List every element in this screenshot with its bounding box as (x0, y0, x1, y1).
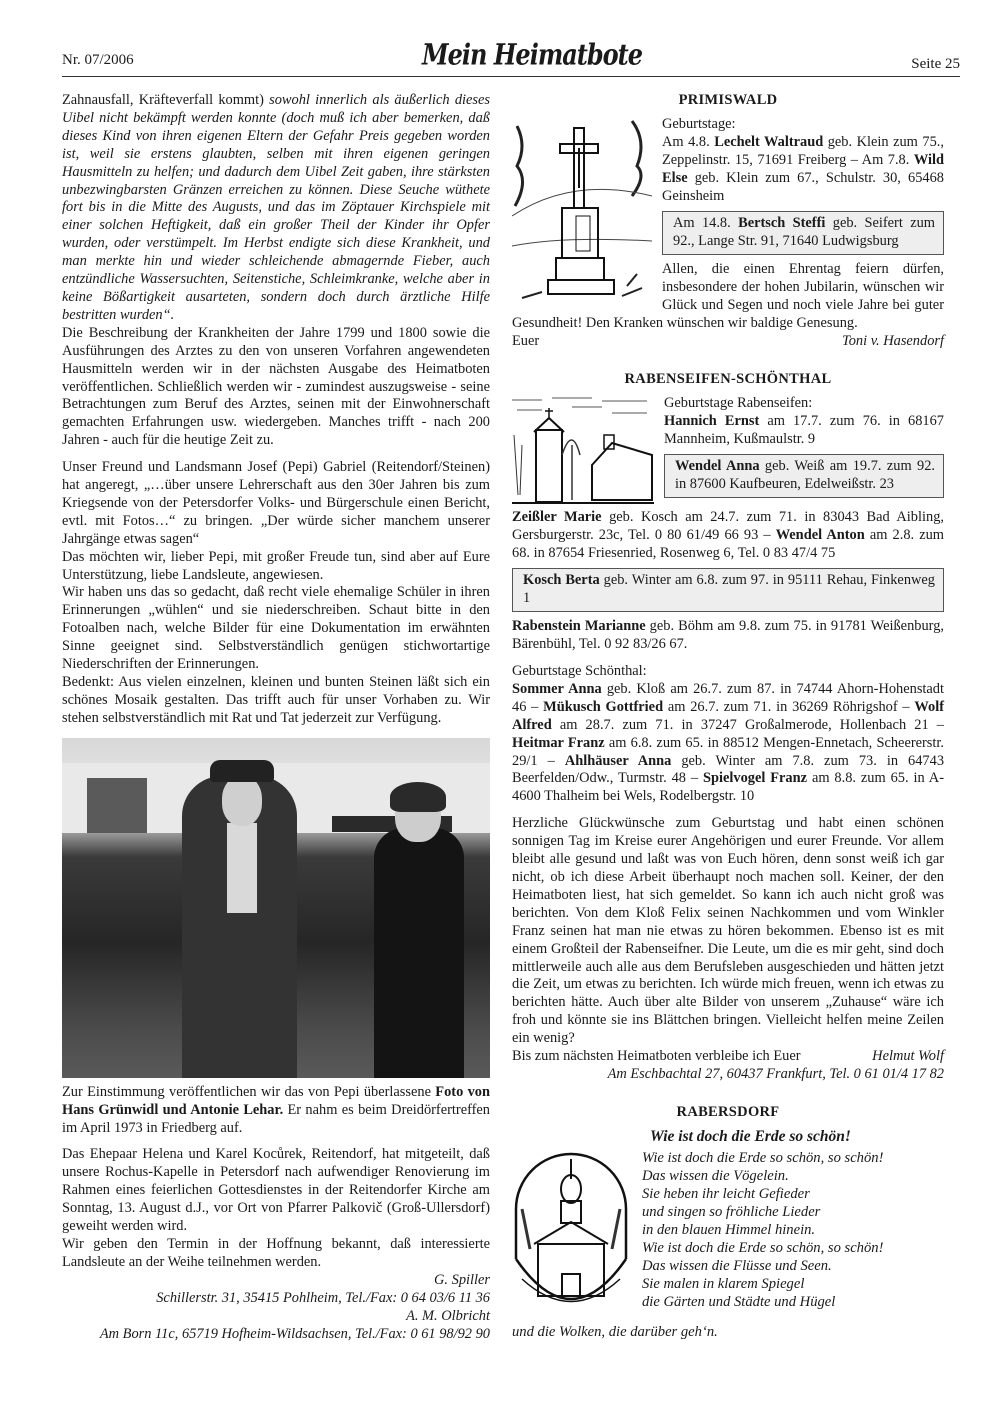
article-paragraph: Zahnausfall, Kräfteverfall kommt) sowohl… (62, 92, 490, 325)
masthead-logo: Mein Heimatbote (422, 37, 642, 72)
label: Geburtstage Schönthal: (512, 663, 944, 681)
highlight-box: Am 14.8. Bertsch Steffi geb. Seifert zum… (662, 211, 944, 255)
signature-address: Am Born 11c, 65719 Hofheim-Wildsachsen, … (62, 1326, 490, 1344)
birthday-entry: Zeißler Marie geb. Kosch am 24.7. zum 71… (512, 509, 944, 563)
birthday-entry: Rabenstein Marianne geb. Böhm am 9.8. zu… (512, 618, 944, 654)
section-title-rabersdorf: RABERSDORF (512, 1104, 944, 1122)
article-paragraph: Bedenkt: Aus vielen einzelnen, kleinen u… (62, 674, 490, 728)
photo-gruenwidl-lehar (62, 738, 490, 1078)
issue-number: Nr. 07/2006 (62, 52, 134, 69)
page-header: Nr. 07/2006 Mein Heimatbote Seite 25 (62, 48, 960, 77)
church-village-illustration (512, 395, 654, 507)
article-paragraph: Wir geben den Termin in der Hoffnung bek… (62, 1236, 490, 1272)
article-paragraph: Wir haben uns das so gedacht, daß recht … (62, 584, 490, 674)
article-paragraph: Das möchten wir, lieber Pepi, mit großer… (62, 549, 490, 585)
signature-name: G. Spiller (62, 1272, 490, 1290)
article-paragraph: Das Ehepaar Helena und Karel Kocůrek, Re… (62, 1146, 490, 1236)
poem-line: und die Wolken, die darüber geh‘n. (512, 1323, 944, 1341)
closing-line: Bis zum nächsten Heimatboten verbleibe i… (512, 1048, 944, 1066)
highlight-box: Kosch Berta geb. Winter am 6.8. zum 97. … (512, 568, 944, 612)
highlight-box: Wendel Anna geb. Weiß am 19.7. zum 92. i… (664, 454, 944, 498)
right-column: PRIMISWALD Geburtstage: Am 4.8. Lechelt … (512, 92, 944, 1341)
poem-title: Wie ist doch die Erde so schön! (512, 1128, 944, 1146)
signature: Helmut Wolf (872, 1048, 944, 1066)
photo-caption: Zur Einstimmung veröffentlichen wir das … (62, 1084, 490, 1138)
article-paragraph: Die Beschreibung der Krankheiten der Jah… (62, 325, 490, 450)
closing-line: EuerToni v. Hasendorf (512, 333, 944, 351)
signature-address: Schillerstr. 31, 35415 Pohlheim, Tel./Fa… (62, 1290, 490, 1308)
page-number: Seite 25 (911, 56, 960, 73)
signature: Toni v. Hasendorf (842, 333, 944, 351)
article-paragraph: Unser Freund und Landsmann Josef (Pepi) … (62, 459, 490, 549)
left-column: Zahnausfall, Kräfteverfall kommt) sowohl… (62, 92, 490, 1343)
section-title-rabenseifen: RABENSEIFEN-SCHÖNTHAL (512, 371, 944, 389)
signature-address: Am Eschbachtal 27, 60437 Frankfurt, Tel.… (512, 1066, 944, 1084)
wayside-cross-illustration (512, 116, 652, 306)
birthday-entry: Sommer Anna geb. Kloß am 26.7. zum 87. i… (512, 681, 944, 806)
letter-text: Herzliche Glückwünsche zum Geburtstag un… (512, 815, 944, 1048)
signature-name: A. M. Olbricht (62, 1308, 490, 1326)
section-title-primiswald: PRIMISWALD (512, 92, 944, 110)
chapel-emblem-illustration (512, 1149, 630, 1321)
